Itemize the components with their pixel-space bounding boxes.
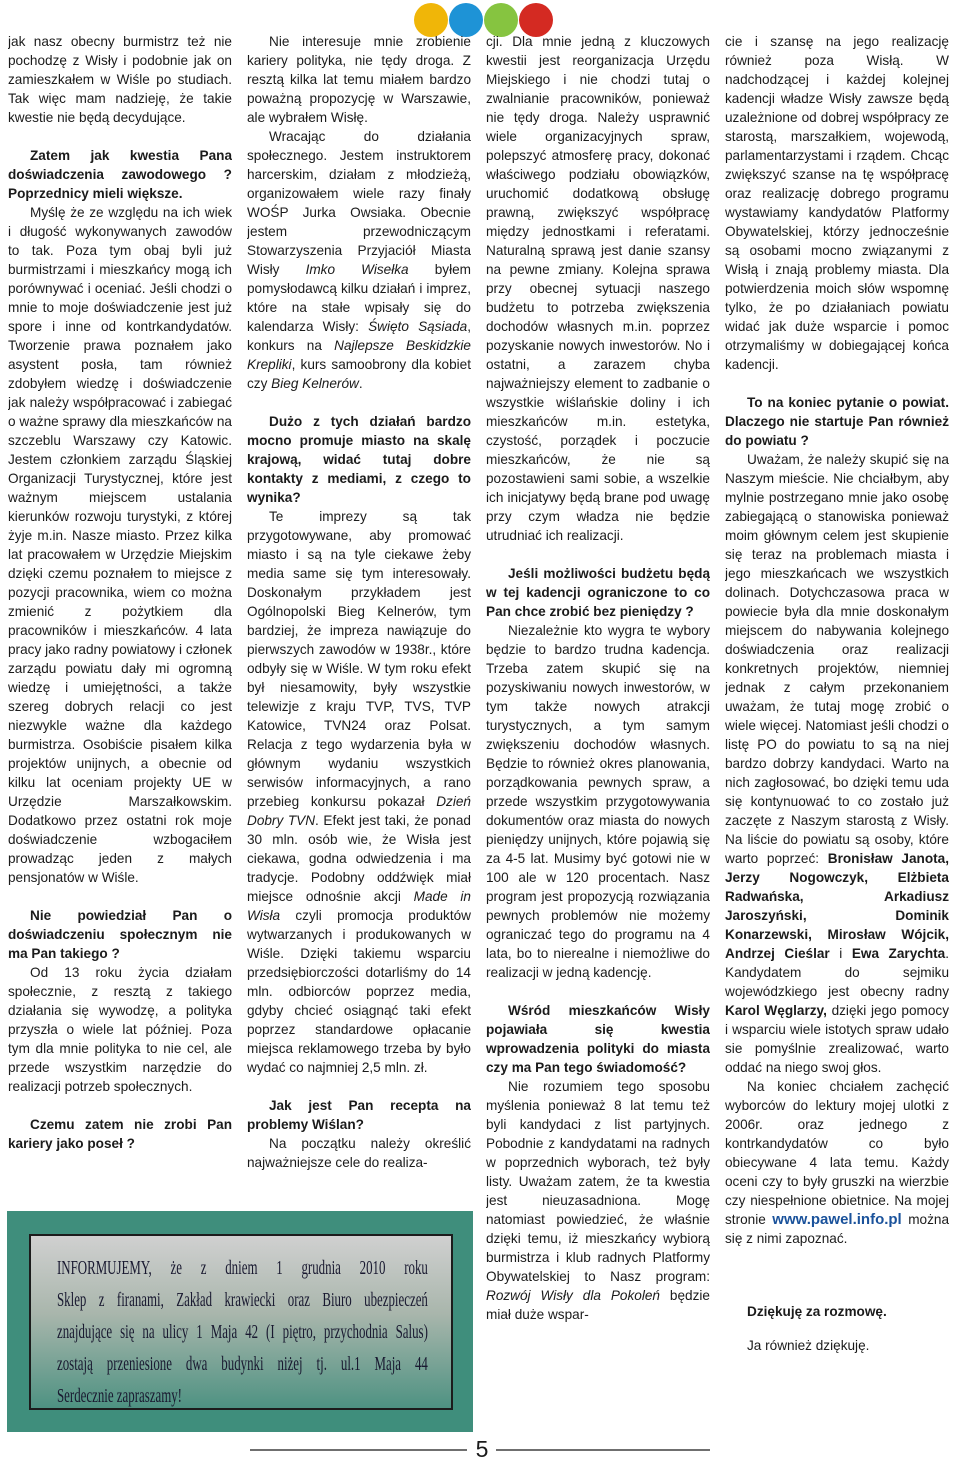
text-run: .: [359, 376, 363, 391]
text-run: Imko Wisełka: [306, 262, 409, 277]
article-column-4: cie i szansę na jego realizację również …: [725, 32, 949, 1458]
text-run: Te imprezy są tak przygotowywane, aby pr…: [247, 509, 471, 809]
text-run: Bronisław Janota, Jerzy Nogowczyk, Elżbi…: [725, 851, 949, 961]
article-paragraph: Na początku należy określić najważniejsz…: [247, 1134, 471, 1172]
text-run: Nie powiedział Pan o doświadczeniu społe…: [8, 908, 232, 961]
text-run: Na początku należy określić najważniejsz…: [247, 1136, 471, 1170]
text-run: Dużo z tych działań bardzo mocno promuje…: [247, 414, 471, 505]
article-paragraph: cie i szansę na jego realizację również …: [725, 32, 949, 374]
ad-text-line: znajdujące się na ulicy 1 Maja 42 (I pię…: [57, 1316, 428, 1348]
interview-question: Dużo z tych działań bardzo mocno promuje…: [247, 412, 471, 507]
article-paragraph: Od 13 roku życia działam społecznie, z r…: [8, 963, 232, 1096]
article-paragraph: cji. Dla mnie jedną z kluczowych kwestii…: [486, 32, 710, 545]
interview-question: Jeśli możliwości budżetu będą w tej kade…: [486, 564, 710, 621]
article-paragraph: Te imprezy są tak przygotowywane, aby pr…: [247, 507, 471, 1077]
article-paragraph: Myślę że ze względu na ich wiek i długoś…: [8, 203, 232, 887]
article-paragraph: Na koniec chciałem zachęcić wyborców do …: [725, 1077, 949, 1248]
article-paragraph: Niezależnie kto wygra te wybory będzie t…: [486, 621, 710, 982]
ad-text-line: INFORMUJEMY, że z dniem 1 grudnia 2010 r…: [57, 1252, 428, 1284]
text-run: Wśród mieszkańców Wisły pojawiała się kw…: [486, 1003, 710, 1075]
article-column-3: cji. Dla mnie jedną z kluczowych kwestii…: [486, 32, 710, 1458]
text-run: Na koniec chciałem zachęcić wyborców do …: [725, 1079, 949, 1227]
text-run: Od 13 roku życia działam społecznie, z r…: [8, 965, 232, 1094]
text-run: Karol Węglarzy,: [725, 1003, 827, 1018]
text-run: Wracając do działania społecznego. Jeste…: [247, 129, 471, 277]
text-run: czyli promocja produktów wytwarzanych i …: [247, 908, 471, 1075]
ad-text-line: Sklep z firanami, Zakład krawiecki oraz …: [57, 1284, 428, 1316]
text-run: i: [830, 946, 852, 961]
website-link[interactable]: www.pawel.info.pl: [772, 1211, 901, 1228]
text-run: jak nasz obecny burmistrz też nie pochod…: [8, 34, 232, 125]
text-run: Czemu zatem nie zrobi Pan kariery jako p…: [8, 1117, 232, 1151]
text-run: Ja również dziękuję.: [747, 1338, 869, 1353]
interview-question: Dziękuję za rozmowę.: [725, 1302, 949, 1321]
article-column-1: jak nasz obecny burmistrz też nie pochod…: [8, 32, 232, 1210]
text-run: Nie interesuje mnie zrobienie kariery po…: [247, 34, 471, 125]
text-run: Jeśli możliwości budżetu będą w tej kade…: [486, 566, 710, 619]
article-paragraph: Ja również dziękuję.: [725, 1336, 949, 1355]
text-run: Jak jest Pan recepta na problemy Wiślan?: [247, 1098, 471, 1132]
article-paragraph: Nie interesuje mnie zrobienie kariery po…: [247, 32, 471, 127]
ad-text-line: zostają przeniesione dwa budynki niżej t…: [57, 1348, 428, 1380]
ad-text-line: Serdecznie zapraszamy!: [57, 1380, 428, 1410]
interview-question: Nie powiedział Pan o doświadczeniu społe…: [8, 906, 232, 963]
text-run: Nie rozumiem tego sposobu myślenia ponie…: [486, 1079, 710, 1284]
interview-question: To na koniec pytanie o powiat. Dlaczego …: [725, 393, 949, 450]
article-paragraph: Nie rozumiem tego sposobu myślenia ponie…: [486, 1077, 710, 1324]
article-paragraph: Wracając do działania społecznego. Jeste…: [247, 127, 471, 393]
text-run: Myślę że ze względu na ich wiek i długoś…: [8, 205, 232, 885]
interview-question: Jak jest Pan recepta na problemy Wiślan?: [247, 1096, 471, 1134]
page-footer: 5: [0, 1437, 960, 1462]
relocation-ad: INFORMUJEMY, że z dniem 1 grudnia 2010 r…: [7, 1211, 473, 1432]
footer-rule-left: [250, 1449, 467, 1451]
interview-question: Czemu zatem nie zrobi Pan kariery jako p…: [8, 1115, 232, 1153]
interview-question: Wśród mieszkańców Wisły pojawiała się kw…: [486, 1001, 710, 1077]
page-number: 5: [470, 1437, 494, 1462]
text-run: Bieg Kelnerów: [271, 376, 359, 391]
newspaper-page: jak nasz obecny burmistrz też nie pochod…: [0, 0, 960, 1462]
text-run: Uważam, że należy skupić się na Naszym m…: [725, 452, 949, 866]
text-run: cie i szansę na jego realizację również …: [725, 34, 949, 372]
text-run: Rozwój Wisły dla Pokoleń: [486, 1288, 660, 1303]
text-run: To na koniec pytanie o powiat. Dlaczego …: [725, 395, 949, 448]
relocation-ad-panel: INFORMUJEMY, że z dniem 1 grudnia 2010 r…: [29, 1234, 453, 1410]
text-run: Zatem jak kwestia Pana doświadczenia zaw…: [8, 148, 232, 201]
article-paragraph: Uważam, że należy skupić się na Naszym m…: [725, 450, 949, 1077]
article-paragraph: jak nasz obecny burmistrz też nie pochod…: [8, 32, 232, 127]
text-run: cji. Dla mnie jedną z kluczowych kwestii…: [486, 34, 710, 543]
interview-question: Zatem jak kwestia Pana doświadczenia zaw…: [8, 146, 232, 203]
footer-rule-right: [496, 1449, 710, 1451]
article-column-2: Nie interesuje mnie zrobienie kariery po…: [247, 32, 471, 1210]
text-run: Święto Sąsiada: [368, 319, 467, 334]
text-run: Ewa Zarychta: [852, 946, 945, 961]
text-run: Niezależnie kto wygra te wybory będzie t…: [486, 623, 710, 980]
text-run: Dziękuję za rozmowę.: [747, 1304, 887, 1319]
